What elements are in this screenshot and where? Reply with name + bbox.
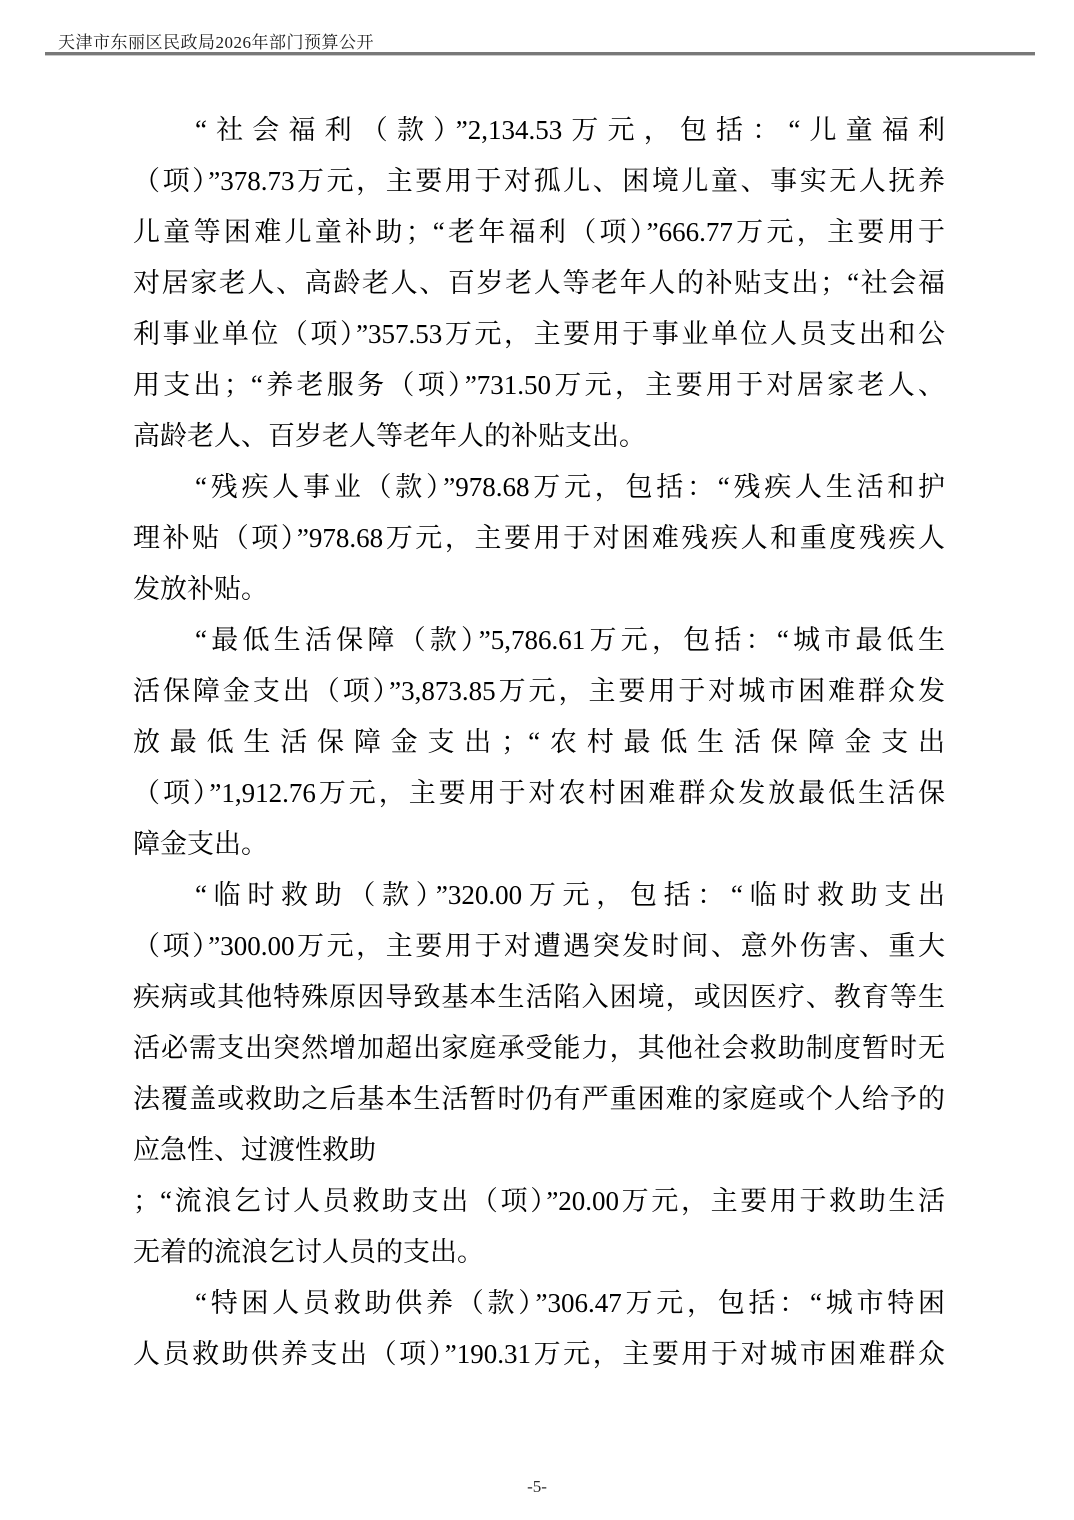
page-number: -5- <box>0 1477 1074 1497</box>
text-line: 法覆盖或救助之后基本生活暂时仍有严重困难的家庭或个人给予的 <box>133 1074 945 1125</box>
text-line: 理补贴（项）”978.68万元，主要用于对困难残疾人和重度残疾人 <box>133 513 945 564</box>
text-line: 疾病或其他特殊原因导致基本生活陷入困境，或因医疗、教育等生 <box>133 972 945 1023</box>
text-line: ；“流浪乞讨人员救助支出（项）”20.00万元，主要用于救助生活 <box>133 1176 945 1227</box>
text-line: 放最低生活保障金支出；“农村最低生活保障金支出 <box>133 717 945 768</box>
text-line: 儿童等困难儿童补助；“老年福利（项）”666.77万元，主要用于 <box>133 207 945 258</box>
text-line: “最低生活保障（款）”5,786.61万元，包括：“城市最低生 <box>133 615 945 666</box>
text-line: “残疾人事业（款）”978.68万元，包括：“残疾人生活和护 <box>133 462 945 513</box>
header-title: 天津市东丽区民政局2026年部门预算公开 <box>58 28 374 53</box>
text-line: “临时救助（款）”320.00万元，包括：“临时救助支出 <box>133 870 945 921</box>
text-line: 人员救助供养支出（项）”190.31万元，主要用于对城市困难群众 <box>133 1329 945 1380</box>
document-page: 天津市东丽区民政局2026年部门预算公开 “社会福利（款）”2,134.53万元… <box>0 0 1074 1520</box>
text-line: （项）”1,912.76万元，主要用于对农村困难群众发放最低生活保 <box>133 768 945 819</box>
text-line: （项）”378.73万元，主要用于对孤儿、困境儿童、事实无人抚养 <box>133 156 945 207</box>
text-line: 无着的流浪乞讨人员的支出。 <box>133 1227 945 1278</box>
text-line: “社会福利（款）”2,134.53万元，包括：“儿童福利 <box>133 105 945 156</box>
text-line: “特困人员救助供养（款）”306.47万元，包括：“城市特困 <box>133 1278 945 1329</box>
text-line: 障金支出。 <box>133 819 945 870</box>
text-line: 活保障金支出（项）”3,873.85万元，主要用于对城市困难群众发 <box>133 666 945 717</box>
header-rule <box>45 52 1035 56</box>
text-line: 利事业单位（项）”357.53万元，主要用于事业单位人员支出和公 <box>133 309 945 360</box>
text-line: 发放补贴。 <box>133 564 945 615</box>
text-line: 应急性、过渡性救助 <box>133 1125 945 1176</box>
text-line: 用支出；“养老服务（项）”731.50万元，主要用于对居家老人、 <box>133 360 945 411</box>
text-line: 活必需支出突然增加超出家庭承受能力，其他社会救助制度暂时无 <box>133 1023 945 1074</box>
document-body: “社会福利（款）”2,134.53万元，包括：“儿童福利 （项）”378.73万… <box>133 105 945 1380</box>
text-line: （项）”300.00万元，主要用于对遭遇突发时间、意外伤害、重大 <box>133 921 945 972</box>
text-line: 高龄老人、百岁老人等老年人的补贴支出。 <box>133 411 945 462</box>
text-line: 对居家老人、高龄老人、百岁老人等老年人的补贴支出；“社会福 <box>133 258 945 309</box>
